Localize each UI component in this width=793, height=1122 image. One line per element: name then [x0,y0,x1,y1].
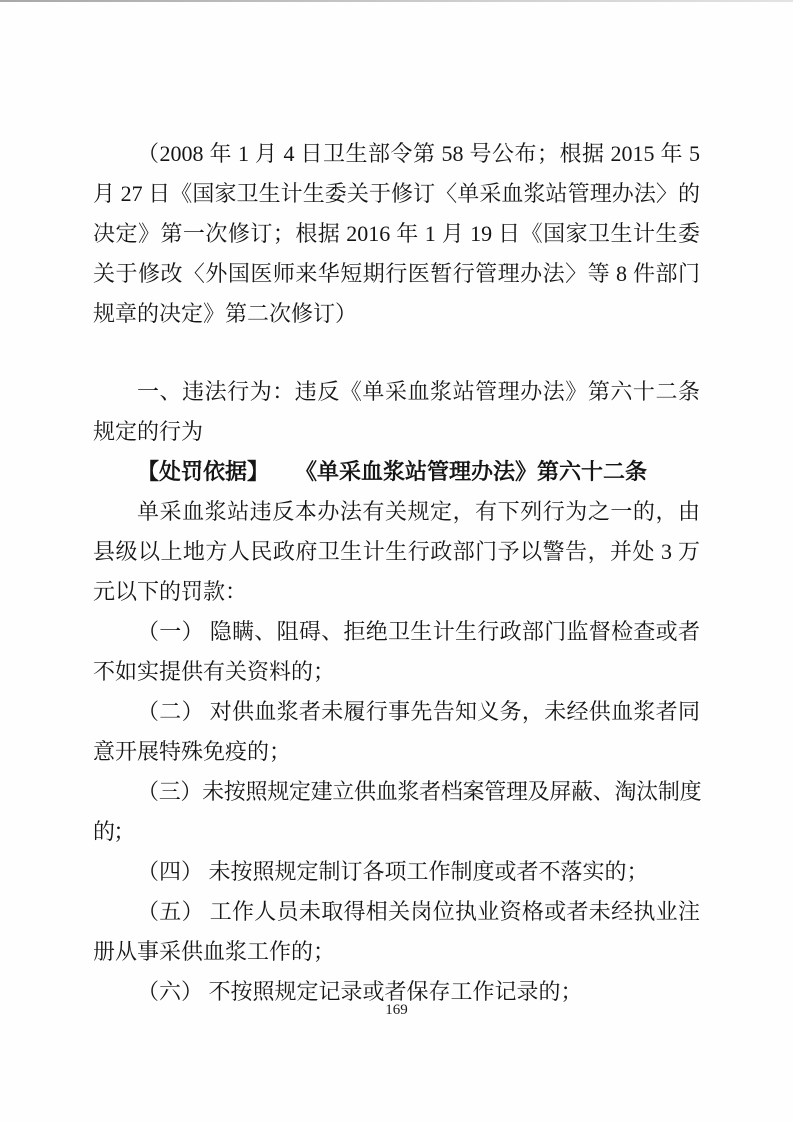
list-item-4: （四） 未按照规定制订各项工作制度或者不落实的； [93,852,700,892]
penalty-basis-text: 《单采血浆站管理办法》第六十二条 [295,459,647,484]
document-page: （2008 年 1 月 4 日卫生部令第 58 号公布；根据 2015 年 5 … [0,0,793,1122]
list-item-5: （五） 工作人员未取得相关岗位执业资格或者未经执业注册从事采供血浆工作的； [93,892,700,972]
penalty-basis-line: 【处罚依据】《单采血浆站管理办法》第六十二条 [93,452,700,492]
preamble-paragraph: （2008 年 1 月 4 日卫生部令第 58 号公布；根据 2015 年 5 … [93,134,700,334]
document-content: （2008 年 1 月 4 日卫生部令第 58 号公布；根据 2015 年 5 … [93,134,700,1012]
list-item-1: （一） 隐瞒、阻碍、拒绝卫生计生行政部门监督检查或者不如实提供有关资料的； [93,612,700,692]
list-item-2: （二） 对供血浆者未履行事先告知义务，未经供血浆者同意开展特殊免疫的； [93,692,700,772]
list-item-3: （三）未按照规定建立供血浆者档案管理及屏蔽、淘汰制度的； [93,772,700,852]
page-number: 169 [0,1000,793,1020]
scan-edge-artifact [0,0,793,2]
section-heading: 一、违法行为：违反《单采血浆站管理办法》第六十二条规定的行为 [93,372,700,452]
penalty-basis-label: 【处罚依据】 [137,459,269,484]
article-intro-paragraph: 单采血浆站违反本办法有关规定，有下列行为之一的，由县级以上地方人民政府卫生计生行… [93,492,700,612]
